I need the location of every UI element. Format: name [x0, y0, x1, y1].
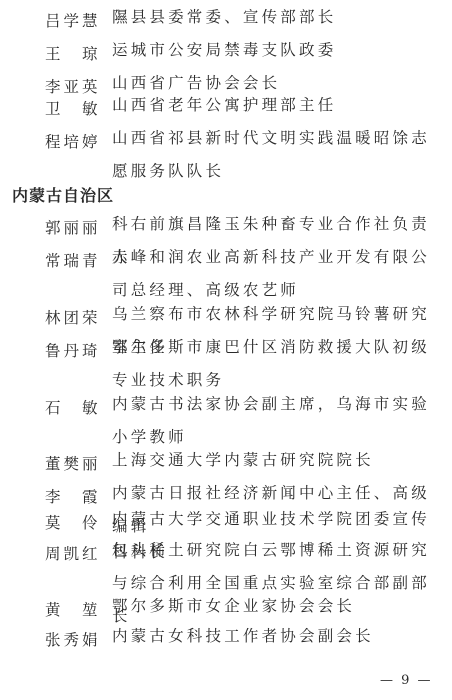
person-name: 董樊丽 [45, 452, 99, 474]
person-title: 内蒙古女科技工作者协会副会长 [112, 620, 447, 653]
person-name: 常瑞青 [45, 249, 99, 271]
page-number: — 9 — [380, 673, 433, 688]
person-name: 鲁丹琦 [45, 339, 99, 361]
person-name: 周凯红 [45, 542, 99, 564]
person-name: 李 霞 [45, 485, 99, 507]
person-name: 郭丽丽 [45, 216, 99, 238]
person-title: 上海交通大学内蒙古研究院院长 [112, 444, 447, 477]
person-name: 吕学慧 [45, 9, 99, 31]
person-name: 石 敏 [45, 396, 99, 418]
person-title: 鄂尔多斯市女企业家协会会长 [112, 590, 447, 623]
person-name: 程培婷 [45, 130, 99, 152]
person-title: 山西省祁县新时代文明实践温暖昭馀志愿服务队队长 [112, 122, 447, 188]
section-title: 内蒙古自治区 [12, 183, 114, 206]
person-title: 运城市公安局禁毒支队政委 [112, 34, 447, 67]
document-page: 吕学慧 隰县县委常委、宣传部部长 王 琼 运城市公安局禁毒支队政委 李亚英 山西… [0, 0, 452, 700]
person-name: 莫 伶 [45, 511, 99, 533]
person-title: 隰县县委常委、宣传部部长 [112, 1, 447, 34]
person-name: 李亚英 [45, 75, 99, 97]
person-name: 黄 堃 [45, 598, 99, 620]
person-name: 王 琼 [45, 42, 99, 64]
person-name: 林团荣 [45, 306, 99, 328]
person-title: 山西省老年公寓护理部主任 [112, 89, 447, 122]
person-name: 卫 敏 [45, 97, 99, 119]
person-name: 张秀娟 [45, 628, 99, 650]
